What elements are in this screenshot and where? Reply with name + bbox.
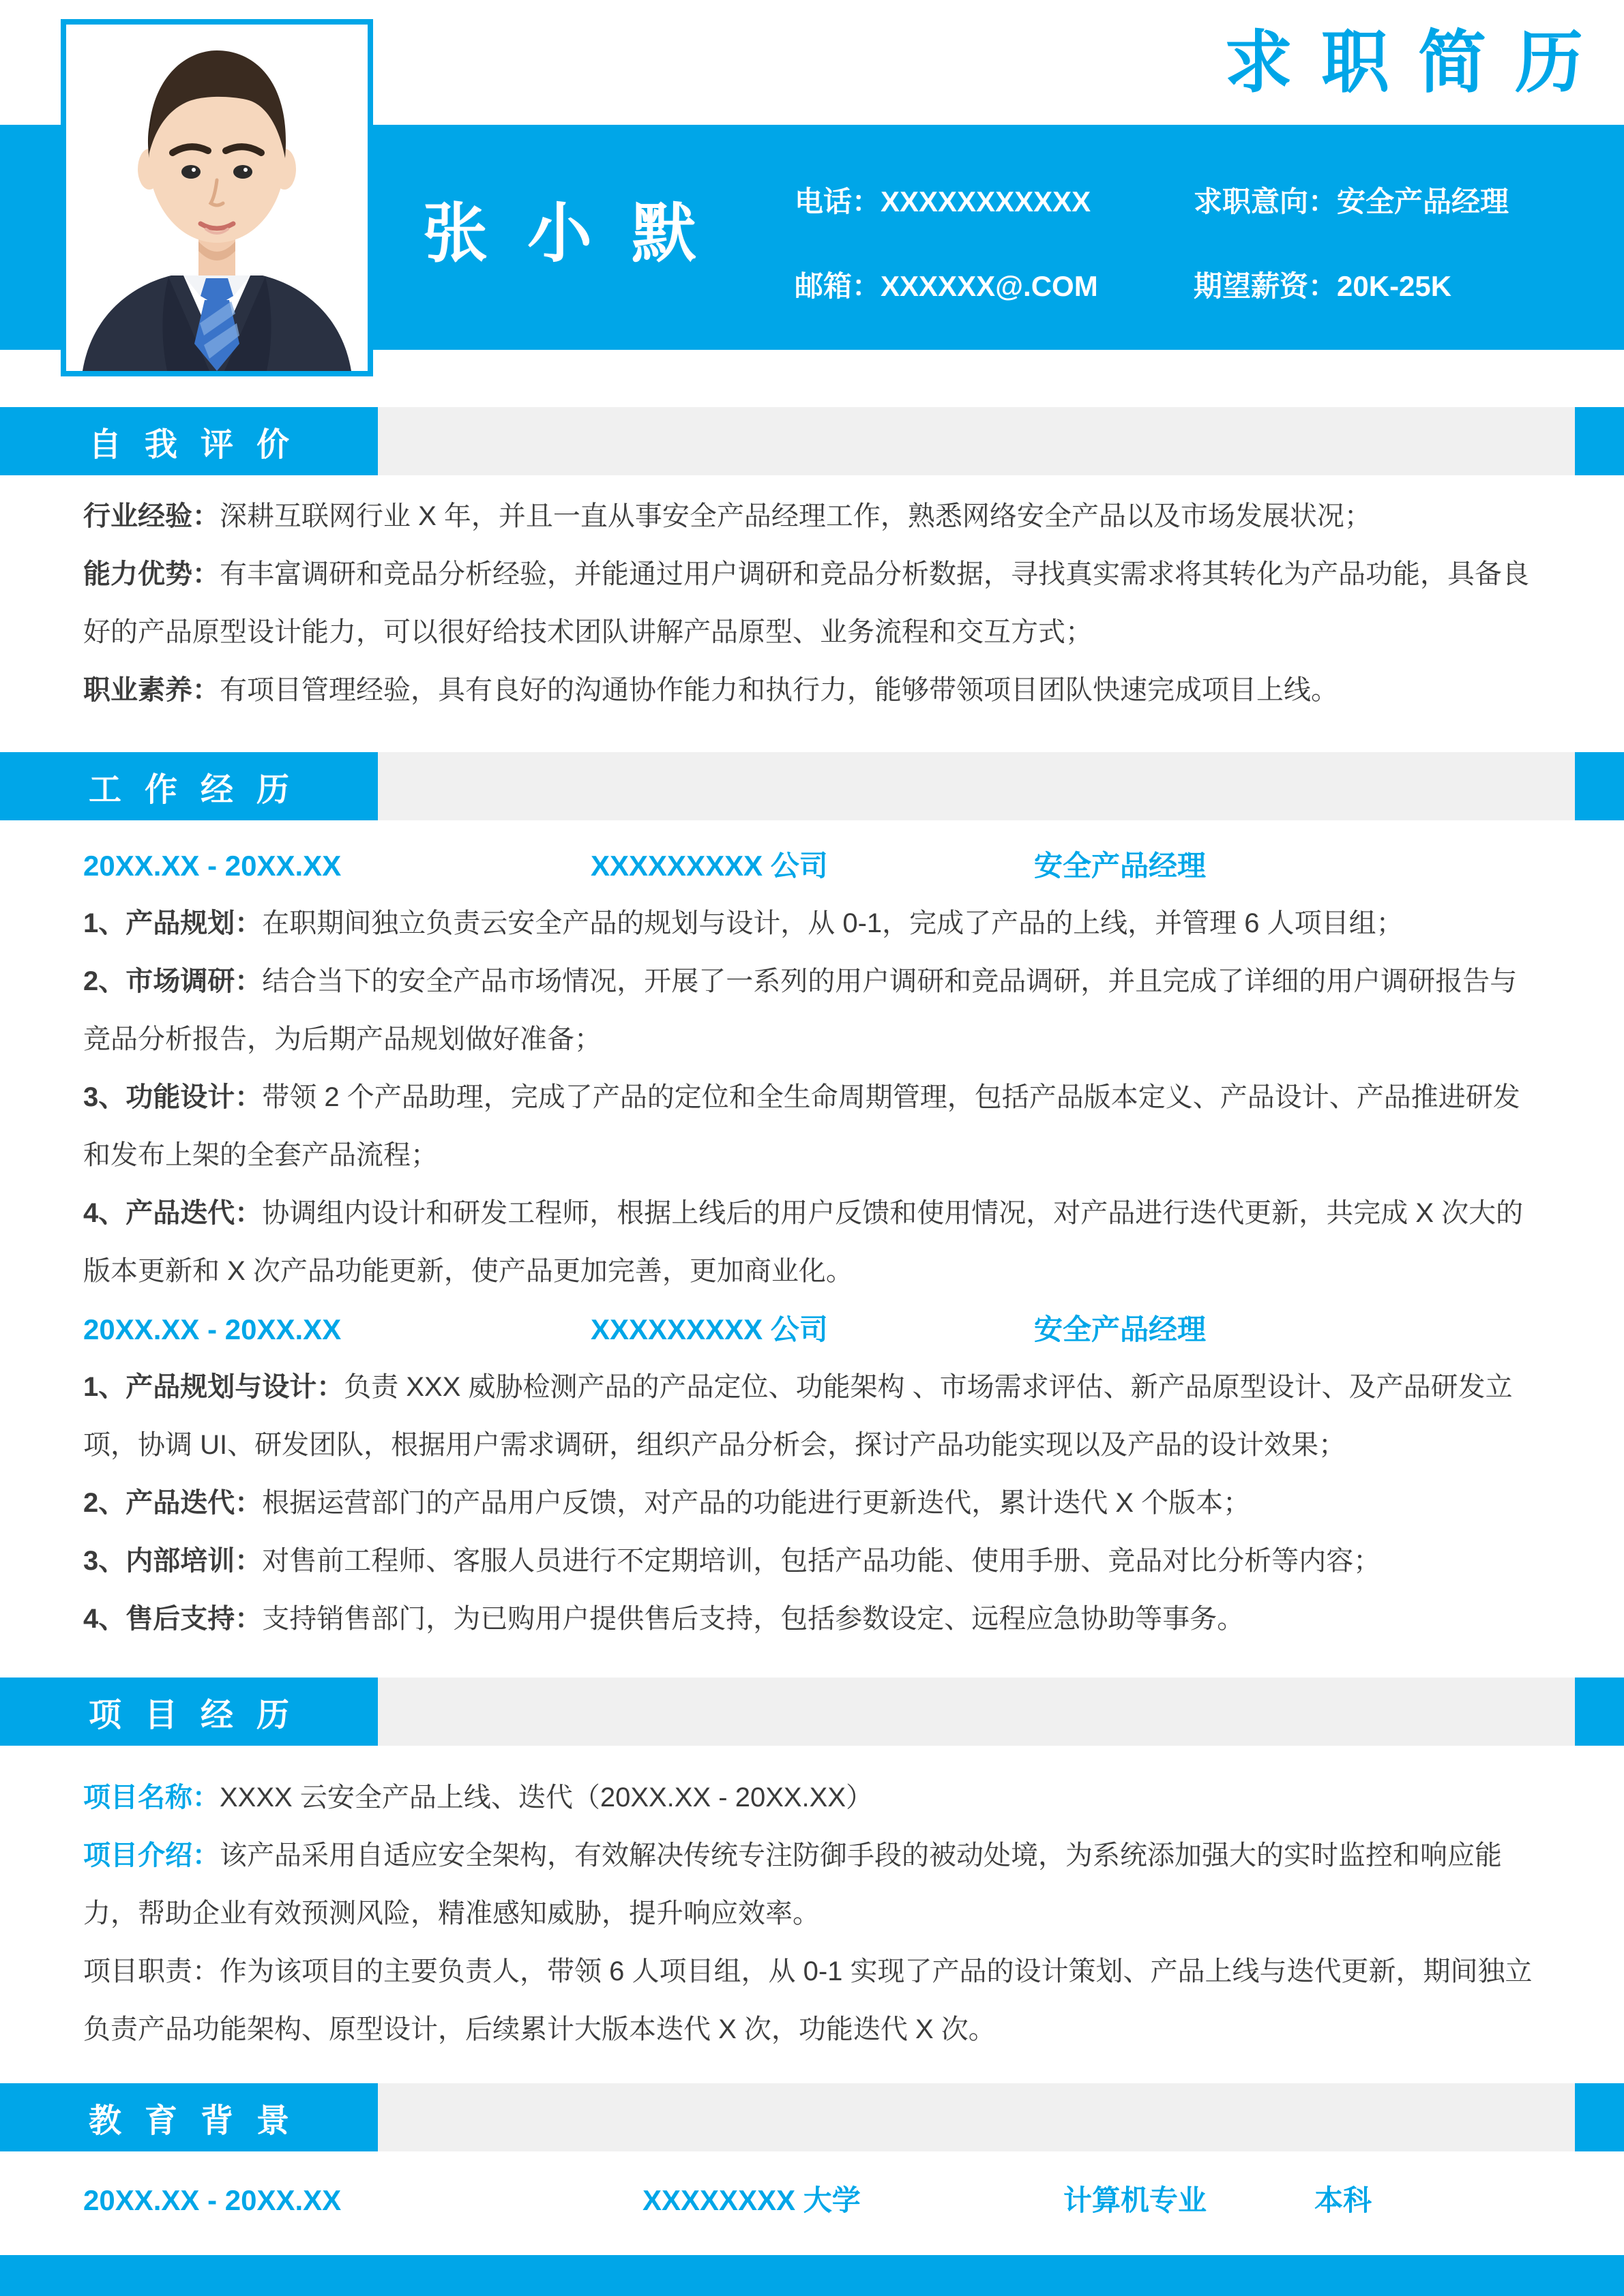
bullet-text: 支持销售部门，为已购用户提供售后支持，包括参数设定、远程应急协助等事务。: [262, 1604, 1244, 1634]
bullet-lead: 1、产品规划：: [83, 908, 262, 938]
contact-job-intent: 求职意向：安全产品经理: [1194, 188, 1509, 216]
bullet-lead: 1、产品规划与设计：: [83, 1372, 344, 1402]
job-role: 安全产品经理: [1034, 1300, 1206, 1358]
section-end-cap: [1575, 752, 1624, 820]
section-end-cap: [1575, 1678, 1624, 1746]
job-company: XXXXXXXXX 公司: [591, 1300, 828, 1358]
job-company: XXXXXXXXX 公司: [591, 837, 828, 895]
work-bullet: 4、售后支持：支持销售部门，为已购用户提供售后支持，包括参数设定、远程应急协助等…: [83, 1590, 1543, 1648]
work-bullet: 1、产品规划：在职期间独立负责云安全产品的规划与设计，从 0-1，完成了产品的上…: [83, 895, 1543, 953]
project-text: XXXX 云安全产品上线、迭代（20XX.XX - 20XX.XX）: [220, 1783, 873, 1813]
project-row: 项目职责：作为该项目的主要负责人，带领 6 人项目组，从 0-1 实现了产品的设…: [83, 1943, 1543, 2059]
edu-major: 计算机专业: [1063, 2171, 1207, 2229]
work-content: 20XX.XX - 20XX.XX XXXXXXXXX 公司 安全产品经理 1、…: [83, 837, 1543, 1648]
project-row: 项目介绍：该产品采用自适应安全架构，有效解决传统专注防御手段的被动处境，为系统添…: [83, 1827, 1543, 1943]
work-bullet: 1、产品规划与设计：负责 XXX 威胁检测产品的产品定位、功能架构 、市场需求评…: [83, 1358, 1543, 1474]
job-meta-row: 20XX.XX - 20XX.XX XXXXXXXXX 公司 安全产品经理: [83, 1300, 1543, 1358]
document-title: 求职简历: [1224, 27, 1612, 99]
education-row: 20XX.XX - 20XX.XX XXXXXXXX 大学 计算机专业 本科: [83, 2171, 1543, 2229]
resume-paragraph: 能力优势：有丰富调研和竞品分析经验，并能通过用户调研和竞品分析数据，寻找真实需求…: [83, 546, 1543, 661]
section-title-education: 教育背景: [0, 2083, 378, 2151]
contact-salary-value: 20K-25K: [1337, 270, 1451, 302]
photo-frame: [61, 19, 373, 376]
section-title-project: 项目经历: [0, 1678, 378, 1746]
candidate-name: 张小默: [423, 202, 736, 267]
portrait-photo: [66, 25, 368, 371]
work-bullet: 2、市场调研：结合当下的安全产品市场情况，开展了一系列的用户调研和竞品调研，并且…: [83, 953, 1543, 1069]
contact-email: 邮箱：XXXXXX@.COM: [795, 272, 1098, 301]
job-period: 20XX.XX - 20XX.XX: [83, 1313, 341, 1345]
edu-school: XXXXXXXX 大学: [643, 2171, 861, 2229]
project-text: 作为该项目的主要负责人，带领 6 人项目组，从 0-1 实现了产品的设计策划、产…: [83, 1956, 1533, 2044]
bullet-lead: 2、市场调研：: [83, 966, 262, 996]
job-meta-row: 20XX.XX - 20XX.XX XXXXXXXXX 公司 安全产品经理: [83, 837, 1543, 895]
section-header-self-eval: 自我评价: [0, 407, 1624, 475]
project-text: 该产品采用自适应安全架构，有效解决传统专注防御手段的被动处境，为系统添加强大的实…: [83, 1840, 1502, 1928]
bullet-lead: 3、功能设计：: [83, 1082, 262, 1112]
bullet-text: 对售前工程师、客服人员进行不定期培训，包括产品功能、使用手册、竞品对比分析等内容…: [262, 1546, 1381, 1576]
resume-paragraph: 行业经验：深耕互联网行业 X 年，并且一直从事安全产品经理工作，熟悉网络安全产品…: [83, 488, 1543, 546]
contact-phone-value: XXXXXXXXXXX: [881, 185, 1091, 218]
work-bullet: 3、内部培训：对售前工程师、客服人员进行不定期培训，包括产品功能、使用手册、竞品…: [83, 1532, 1543, 1590]
contact-email-value: XXXXXX@.COM: [881, 270, 1098, 302]
self-eval-content: 行业经验：深耕互联网行业 X 年，并且一直从事安全产品经理工作，熟悉网络安全产品…: [83, 488, 1543, 719]
section-end-cap: [1575, 407, 1624, 475]
edu-period: 20XX.XX - 20XX.XX: [83, 2184, 341, 2216]
section-title-work: 工作经历: [0, 752, 378, 820]
project-content: 项目名称：XXXX 云安全产品上线、迭代（20XX.XX - 20XX.XX） …: [83, 1769, 1543, 2059]
bullet-lead: 2、产品迭代：: [83, 1488, 262, 1518]
project-row: 项目名称：XXXX 云安全产品上线、迭代（20XX.XX - 20XX.XX）: [83, 1769, 1543, 1827]
bullet-lead: 4、产品迭代：: [83, 1198, 262, 1228]
bullet-lead: 3、内部培训：: [83, 1546, 262, 1576]
paragraph-lead: 能力优势：: [83, 559, 220, 589]
project-lead: 项目介绍：: [83, 1840, 220, 1870]
project-lead: 项目名称：: [83, 1783, 220, 1813]
resume-page: 求职简历: [0, 0, 1624, 2296]
bullet-text: 在职期间独立负责云安全产品的规划与设计，从 0-1，完成了产品的上线，并管理 6…: [262, 908, 1403, 938]
work-bullet: 4、产品迭代：协调组内设计和研发工程师，根据上线后的用户反馈和使用情况，对产品进…: [83, 1184, 1543, 1300]
footer-band: [0, 2255, 1624, 2296]
bullet-text: 根据运营部门的产品用户反馈，对产品的功能进行更新迭代，累计迭代 X 个版本；: [262, 1488, 1250, 1518]
contact-intent-label: 求职意向：: [1194, 185, 1337, 218]
work-bullet: 3、功能设计：带领 2 个产品助理，完成了产品的定位和全生命周期管理，包括产品版…: [83, 1069, 1543, 1184]
section-header-work: 工作经历: [0, 752, 1624, 820]
bullet-text: 协调组内设计和研发工程师，根据上线后的用户反馈和使用情况，对产品进行迭代更新，共…: [83, 1198, 1523, 1286]
resume-paragraph: 职业素养：有项目管理经验，具有良好的沟通协作能力和执行力，能够带领项目团队快速完…: [83, 661, 1543, 719]
paragraph-text: 有丰富调研和竞品分析经验，并能通过用户调研和竞品分析数据，寻找真实需求将其转化为…: [83, 559, 1529, 647]
job-period: 20XX.XX - 20XX.XX: [83, 850, 341, 882]
section-header-education: 教育背景: [0, 2083, 1624, 2151]
bullet-text: 带领 2 个产品助理，完成了产品的定位和全生命周期管理，包括产品版本定义、产品设…: [83, 1082, 1520, 1170]
project-lead: 项目职责：: [83, 1956, 220, 1986]
contact-salary: 期望薪资：20K-25K: [1194, 272, 1451, 301]
job-role: 安全产品经理: [1034, 837, 1206, 895]
section-end-cap: [1575, 2083, 1624, 2151]
bullet-lead: 4、售后支持：: [83, 1604, 262, 1634]
contact-salary-label: 期望薪资：: [1194, 270, 1337, 302]
contact-intent-value: 安全产品经理: [1337, 185, 1509, 218]
contact-phone: 电话：XXXXXXXXXXX: [795, 188, 1091, 216]
bullet-text: 结合当下的安全产品市场情况，开展了一系列的用户调研和竞品调研，并且完成了详细的用…: [83, 966, 1517, 1054]
contact-email-label: 邮箱：: [795, 270, 881, 302]
paragraph-lead: 职业素养：: [83, 675, 220, 705]
paragraph-text: 有项目管理经验，具有良好的沟通协作能力和执行力，能够带领项目团队快速完成项目上线…: [220, 675, 1338, 705]
paragraph-lead: 行业经验：: [83, 501, 220, 531]
paragraph-text: 深耕互联网行业 X 年，并且一直从事安全产品经理工作，熟悉网络安全产品以及市场发…: [220, 501, 1372, 531]
section-title-self-eval: 自我评价: [0, 407, 378, 475]
contact-phone-label: 电话：: [795, 185, 881, 218]
edu-degree: 本科: [1314, 2171, 1372, 2229]
section-header-project: 项目经历: [0, 1678, 1624, 1746]
work-bullet: 2、产品迭代：根据运营部门的产品用户反馈，对产品的功能进行更新迭代，累计迭代 X…: [83, 1474, 1543, 1532]
